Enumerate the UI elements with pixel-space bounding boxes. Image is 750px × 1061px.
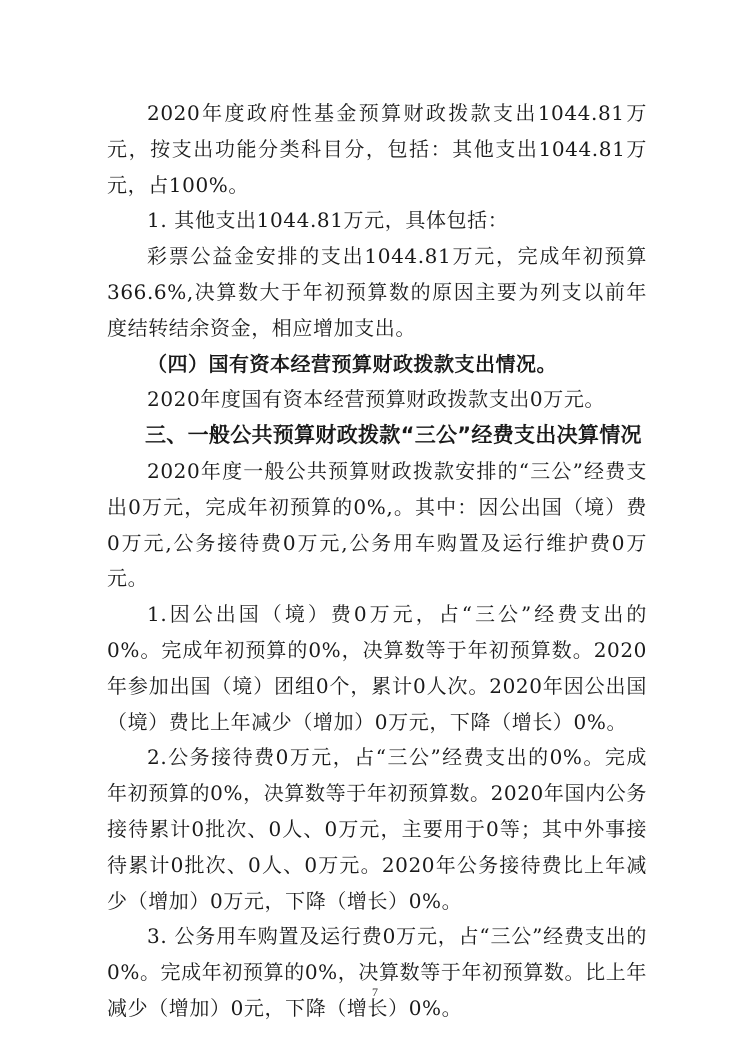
paragraph-state-capital-expenditure: 2020年度国有资本经营预算财政拨款支出0万元。 xyxy=(107,382,647,418)
paragraph-official-vehicles: 3. 公务用车购置及运行费0万元，占“三公”经费支出的0%。完成年初预算的0%，… xyxy=(107,919,647,1026)
paragraph-overseas-travel: 1.因公出国（境）费0万元，占“三公”经费支出的0%。完成年初预算的0%，决算数… xyxy=(107,597,647,740)
page-number: 7 xyxy=(0,985,750,1000)
subheading-state-capital: （四）国有资本经营预算财政拨款支出情况。 xyxy=(107,347,647,383)
heading-three-public-expenses: 三、一般公共预算财政拨款“三公”经费支出决算情况 xyxy=(107,418,647,454)
paragraph-official-reception: 2.公务接待费0万元，占“三公”经费支出的0%。完成年初预算的0%，决算数等于年… xyxy=(107,740,647,919)
paragraph-other-expenditure: 1. 其他支出1044.81万元，具体包括： xyxy=(107,203,647,239)
paragraph-lottery-fund: 彩票公益金安排的支出1044.81万元，完成年初预算366.6%,决算数大于年初… xyxy=(107,239,647,346)
document-page: 2020年度政府性基金预算财政拨款支出1044.81万元，按支出功能分类科目分，… xyxy=(107,96,647,1027)
paragraph-gov-fund-expenditure: 2020年度政府性基金预算财政拨款支出1044.81万元，按支出功能分类科目分，… xyxy=(107,96,647,203)
paragraph-three-public-summary: 2020年度一般公共预算财政拨款安排的“三公”经费支出0万元，完成年初预算的0%… xyxy=(107,454,647,597)
